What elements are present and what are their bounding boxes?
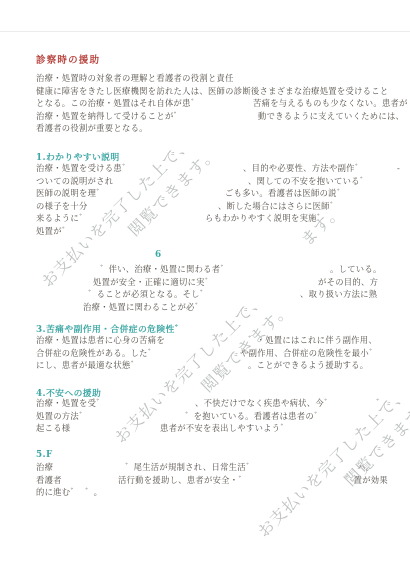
text-fragment: ゛。 <box>85 487 102 497</box>
text-fragment: 患者が不安を表出しやすいよう゛ <box>160 423 289 433</box>
section-heading: 5.F <box>36 450 53 460</box>
text-fragment: となる。この治療・処置はそれ自体が患゛ <box>36 98 199 108</box>
text-fragment: - <box>397 163 400 173</box>
text-fragment: 治療・処置時の対象者の理解と看護者の役割と責任 <box>36 73 234 83</box>
text-fragment: ごも多い。看護者は医師の説゛ <box>225 188 345 198</box>
text-fragment: 看護者の役割が重要となる。 <box>36 123 148 133</box>
text-fragment: ゛・処置にはこれに伴う副作用、 <box>248 335 377 345</box>
text-fragment: ついての説明がされ <box>36 176 113 186</box>
section-heading: 3.苦痛や副作用・合併症の危険性゛ <box>36 322 184 335</box>
text-fragment: 起こる様 <box>36 423 70 433</box>
text-fragment: 処置が゛ <box>36 226 70 236</box>
text-fragment: 看護者 <box>36 475 62 485</box>
text-fragment: ハ。 <box>357 462 374 472</box>
text-fragment: 治療・処置を受ける患゛ <box>36 163 131 173</box>
text-fragment: ゛尾生活が規制され、日常生活゛ <box>125 462 254 472</box>
text-fragment: らもわかりやすく説明を実施゛ <box>205 213 325 223</box>
text-fragment: 処置の方法゛ <box>36 411 88 421</box>
text-fragment: 来るように゛ <box>36 213 88 223</box>
text-fragment: 動できるように支えていくためには、 <box>258 111 404 121</box>
document-page: 診察時の援助 お支払いを完了した上で、 閲覧できます。 お支払いを完了した上で、… <box>0 0 410 580</box>
text-fragment: 。している。 <box>330 264 382 274</box>
text-fragment: 、取り扱い方法に熟 <box>300 289 377 299</box>
text-fragment: ゛ることが必須となる。そし゛ <box>88 289 208 299</box>
text-fragment: の様子を十分 <box>36 201 88 211</box>
section-heading: 1.わかりやすい説明 <box>36 150 120 163</box>
section-heading: 6 <box>155 250 162 260</box>
text-fragment: 、関しての不安を抱いている゛ <box>248 176 368 186</box>
text-fragment: 治療・処置を納得して受けることが゛ <box>36 111 182 121</box>
top-divider <box>0 31 410 32</box>
text-fragment: ゛ <box>376 398 385 408</box>
text-fragment: 、目的や必要性、方法や副作゛ <box>243 163 363 173</box>
text-fragment: 治療 <box>36 462 53 472</box>
text-fragment: 苦痛を与えるものも少なくない。患者が <box>253 98 408 108</box>
text-fragment: 合併症の危険性がある。した゛ <box>36 348 156 358</box>
page-title: 診察時の援助 <box>36 52 100 66</box>
text-fragment: 的に進む゛ <box>36 487 79 497</box>
text-fragment: 治療・処置に関わることが必゛ <box>83 302 203 312</box>
text-fragment: 、不快だけでなく疾患や病状、今゛ <box>195 398 333 408</box>
text-fragment: 、断した場合にはさらに医師゛ <box>218 201 338 211</box>
text-fragment: にし、患者が最適な状態゛ <box>36 360 139 370</box>
text-fragment: ゛置が効果 <box>345 475 388 485</box>
text-fragment: や副作用、合併症の危険性を最小゛ <box>240 348 378 358</box>
text-fragment: 治療・処置を受゛ <box>36 398 105 408</box>
text-fragment: 処置が安全・正確に適切に実゛ <box>93 277 213 287</box>
text-fragment: がその目的、方 <box>318 277 378 287</box>
text-fragment: ゛伴い、治療・処置に関わる者゛ <box>100 264 229 274</box>
text-fragment: 健康に障害をきたし医療機関を訪れた人は、医師の診断後さまざまな治療処置を受けるこ… <box>36 86 388 96</box>
text-fragment: 。ことができるよう援助する。 <box>248 360 368 370</box>
text-fragment: 治療・処置は患者に心身の苦痛を <box>36 335 165 345</box>
text-fragment: 活行動を援助し、患者が安全・゛ <box>118 475 247 485</box>
text-fragment: ゛を抱いている。看護者は患者の゛ <box>185 411 323 421</box>
text-fragment: 医師の説明を理゛ <box>36 188 105 198</box>
